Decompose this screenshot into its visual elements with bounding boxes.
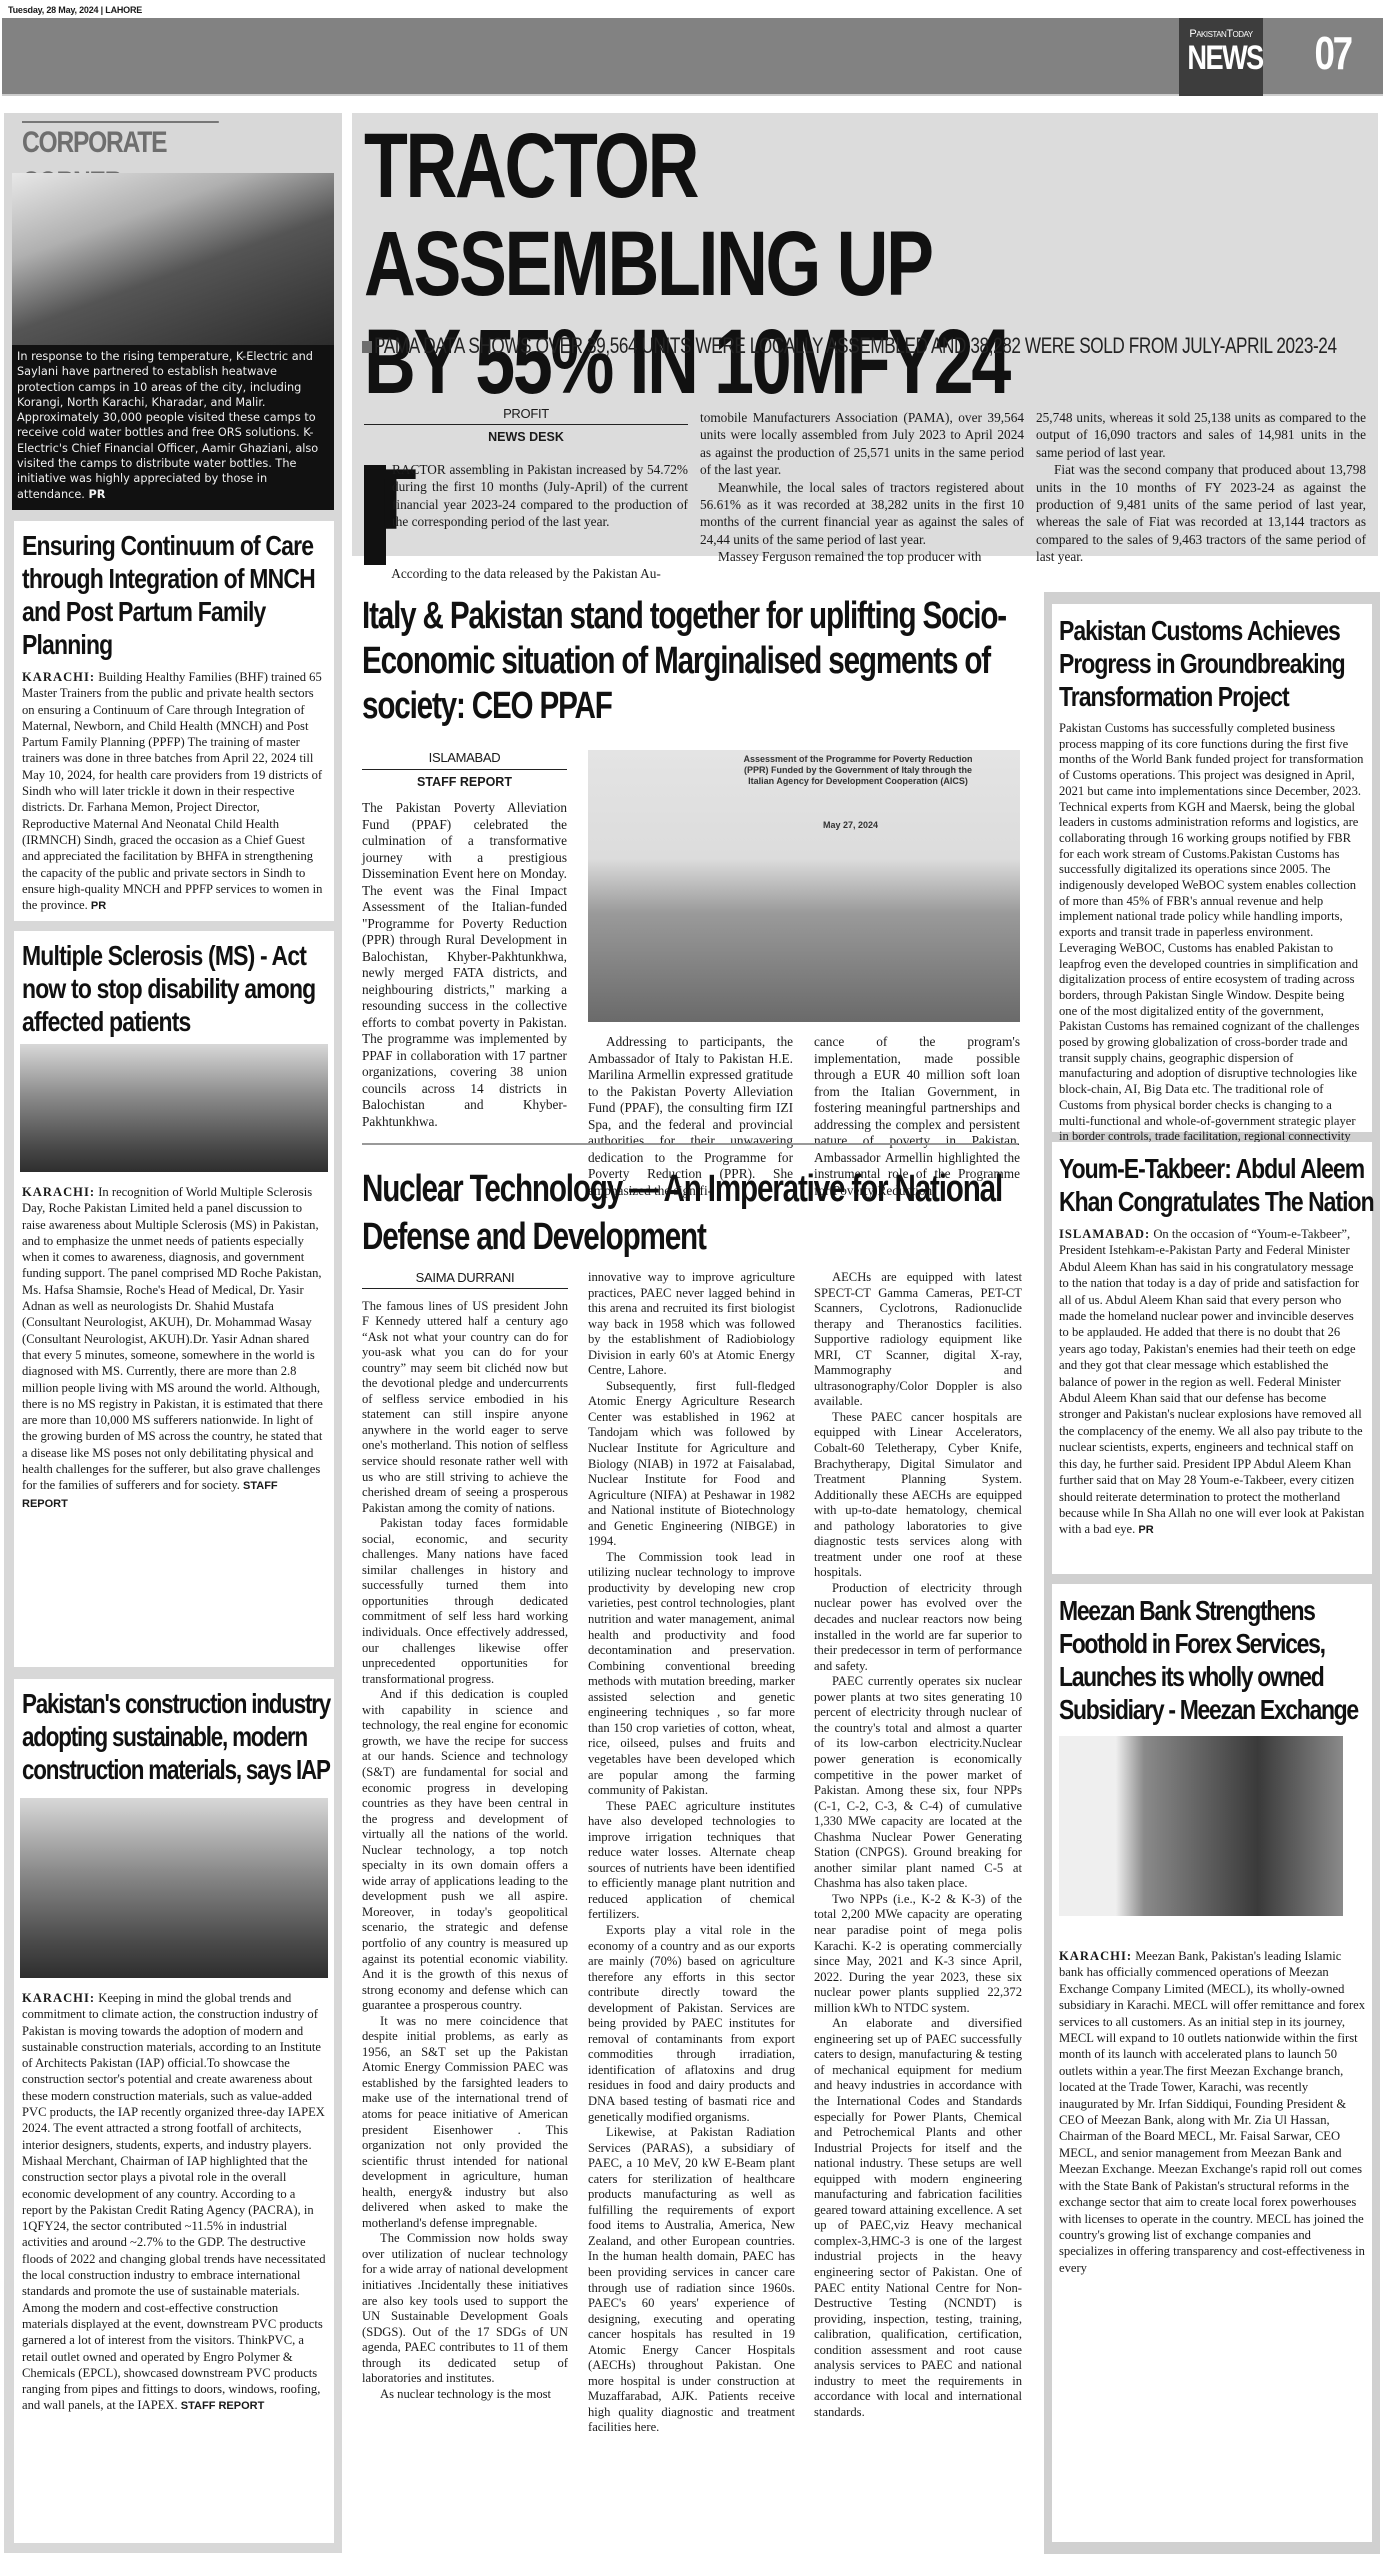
nuclear-col-1: SAIMA DURRANI The famous lines of US pre… bbox=[362, 1270, 568, 2402]
feature-subhead: PAMA DATA SHOWS OVER 39,564 UNITS WERE L… bbox=[374, 333, 1357, 358]
article-body: Pakistan Customs has successfully comple… bbox=[1059, 721, 1365, 1162]
bullet-icon bbox=[362, 341, 372, 353]
article-iap: Pakistan's construction industry adoptin… bbox=[14, 1679, 334, 2543]
feature-col-1: PROFIT NEWS DESK TRACTOR assembling in P… bbox=[364, 405, 688, 582]
article-headline: Youm-E-Takbeer: Abdul Aleem Khan Congrat… bbox=[1059, 1152, 1379, 1218]
article-meezan: Meezan Bank Strengthens Foothold in Fore… bbox=[1052, 1584, 1372, 2542]
byline: SAIMA DURRANI bbox=[362, 1270, 568, 1289]
feature-col-3: 25,748 units, whereas it sold 25,138 uni… bbox=[1036, 409, 1366, 566]
article-headline: Multiple Sclerosis (MS) - Act now to sto… bbox=[22, 939, 334, 1038]
article-body: KARACHI: Meezan Bank, Pakistan's leading… bbox=[1059, 1948, 1365, 2276]
right-column: Pakistan Customs Achieves Progress in Gr… bbox=[1044, 592, 1380, 2554]
feature-article: TRACTOR ASSEMBLING UPBY 55% IN 10MFY24 P… bbox=[352, 113, 1378, 556]
dateline: Tuesday, 28 May, 2024 | LAHORE bbox=[8, 5, 142, 15]
feature-col-2: tomobile Manufacturers Association (PAMA… bbox=[700, 409, 1024, 566]
article-ms: Multiple Sclerosis (MS) - Act now to sto… bbox=[14, 931, 334, 1667]
article-headline: Italy & Pakistan stand together for upli… bbox=[362, 594, 1033, 729]
nuclear-col-3: AECHs are equipped with latest SPECT-CT … bbox=[814, 1270, 1022, 2420]
ppaf-photo: Assessment of the Programme for Poverty … bbox=[588, 750, 1020, 1022]
article-headline: Nuclear Technology — An Imperative for N… bbox=[362, 1165, 1033, 1261]
article-body: KARACHI: Building Healthy Families (BHF)… bbox=[22, 669, 326, 914]
corporate-corner-photo bbox=[12, 173, 334, 345]
brand-logo: PakistanToday NEWS bbox=[1179, 18, 1263, 96]
nuclear-col-2: innovative way to improve agriculture pr… bbox=[588, 1270, 795, 2436]
article-body: KARACHI: In recognition of World Multipl… bbox=[22, 1184, 326, 1512]
article-headline: Meezan Bank Strengthens Foothold in Fore… bbox=[1059, 1594, 1383, 1726]
corporate-corner-caption: In response to the rising temperature, K… bbox=[12, 345, 334, 510]
article-photo bbox=[20, 1798, 328, 1978]
article-customs: Pakistan Customs Achieves Progress in Gr… bbox=[1052, 604, 1372, 1132]
section-label: PROFIT bbox=[364, 405, 688, 425]
article-body: ISLAMABAD: On the occasion of “Youm-e-Ta… bbox=[1059, 1226, 1365, 1539]
ppaf-col-1: ISLAMABAD STAFF REPORT The Pakistan Pove… bbox=[362, 750, 567, 1130]
article-headline: Pakistan Customs Achieves Progress in Gr… bbox=[1059, 614, 1379, 713]
article-body: KARACHI: Keeping in mind the global tren… bbox=[22, 1990, 326, 2415]
article-photo bbox=[1059, 1736, 1343, 1916]
byline: NEWS DESK bbox=[364, 429, 688, 446]
divider bbox=[362, 1143, 1018, 1145]
article-headline: Pakistan's construction industry adoptin… bbox=[22, 1687, 334, 1786]
article-takbeer: Youm-E-Takbeer: Abdul Aleem Khan Congrat… bbox=[1052, 1142, 1372, 1574]
article-headline: Ensuring Continuum of Care through Integ… bbox=[22, 529, 334, 661]
feature-headline: TRACTOR ASSEMBLING UPBY 55% IN 10MFY24 bbox=[364, 117, 1155, 411]
dropcap-t: T bbox=[364, 465, 386, 565]
byline: STAFF REPORT bbox=[362, 774, 567, 791]
section-name: NEWS bbox=[1187, 40, 1254, 76]
left-column: CORPORATE CORNER In response to the risi… bbox=[4, 113, 342, 2553]
page-number: 07 bbox=[1314, 26, 1350, 80]
location-label: ISLAMABAD bbox=[362, 750, 567, 770]
article-photo bbox=[20, 1044, 328, 1172]
credit: PR bbox=[89, 488, 106, 501]
article-bhf: Ensuring Continuum of Care through Integ… bbox=[14, 521, 334, 921]
masthead: PakistanToday NEWS 07 bbox=[2, 18, 1383, 96]
